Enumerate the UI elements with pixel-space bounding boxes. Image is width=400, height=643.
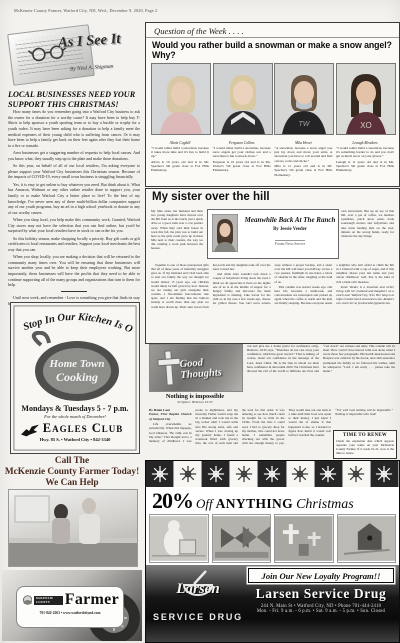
editorial-headline: LOCAL BUSINESSES NEED YOUR SUPPORT THIS … bbox=[8, 90, 140, 109]
thoughts-body-cols: By Helen Lam Pastor, First Baptist Churc… bbox=[149, 408, 331, 456]
farmer-logo-box: McKENZIE COUNTY Farmer 701-842-2263 • ww… bbox=[16, 586, 124, 628]
student-name: Mila Hovet bbox=[274, 141, 332, 145]
editorial-paragraph: Area businesses get a staggering number … bbox=[8, 150, 140, 161]
pan-text-line1: Home Town bbox=[49, 358, 105, 370]
promo-off: Off bbox=[196, 496, 213, 512]
thoughts-intro-cols: can and give me a dollar (extra for conf… bbox=[247, 344, 395, 396]
thoughts-headline: Nothing is impossible bbox=[149, 393, 241, 400]
farmer-brand-top: McKENZIE COUNTY bbox=[34, 596, 62, 605]
snowflake-icon bbox=[291, 465, 309, 483]
qotw-photo-row: Alivia Coghill “I would rather build a s… bbox=[146, 62, 399, 178]
newspaper-page: McKenzie County Farmer, Watford City, ND… bbox=[0, 0, 400, 643]
svg-text:TW: TW bbox=[299, 121, 311, 128]
snowflake-cell bbox=[146, 461, 174, 487]
student-quote: “I would rather build a snowman, because… bbox=[213, 146, 271, 159]
product-photo-row bbox=[146, 513, 399, 565]
student-photo bbox=[213, 63, 273, 135]
thoughts-scripture: Scripture: Hebrews 10:35 bbox=[149, 400, 241, 404]
snowflake-icon bbox=[179, 465, 197, 483]
larsen-text-block: Join Our New Loyalty Program!! Larsen Se… bbox=[248, 568, 394, 614]
qotw-entry: Alivia Coghill “I would rather build a s… bbox=[151, 63, 209, 177]
loyalty-program-box: Join Our New Loyalty Program!! bbox=[248, 568, 394, 583]
sister-author-bio: Jessie Veeder is a musician and writer l… bbox=[336, 285, 394, 306]
snowflake-icon bbox=[207, 465, 225, 483]
snowflake-icon bbox=[263, 465, 281, 483]
editorial-paragraph: When you shop local, you help make this … bbox=[8, 217, 140, 234]
qotw-title: Question of the Week . . . . bbox=[146, 23, 399, 38]
question-of-week-box: Question of the Week . . . . Would you r… bbox=[145, 22, 400, 187]
good-thoughts-photo: Good Thoughts bbox=[149, 344, 243, 392]
snowflake-cell bbox=[371, 461, 399, 487]
column-logo-title: As I See It bbox=[57, 31, 120, 52]
promo-percent: 20% bbox=[152, 488, 193, 514]
farmer-sun-icon bbox=[23, 594, 32, 606]
editorial-body: How many times do you remember going int… bbox=[8, 109, 140, 308]
christmas-product-photo bbox=[337, 514, 397, 563]
snowflake-icon bbox=[151, 465, 169, 483]
sister-body: Together is one of those unexpected gift… bbox=[151, 263, 394, 340]
student-bio: Lenagh is 11 years old and is in Ms. Spa… bbox=[336, 160, 394, 173]
snowflake-cell bbox=[202, 461, 230, 487]
christmas-product-photo bbox=[274, 514, 334, 563]
editorial-paragraph: So this holiday season, make shopping lo… bbox=[8, 236, 140, 253]
call-ad-line3: We Can Help bbox=[2, 478, 142, 489]
section-divider bbox=[61, 291, 87, 292]
thoughts-byline2: Pastor, First Baptist Church of Watford … bbox=[149, 412, 192, 421]
frying-pan-icon: Home Town Cooking bbox=[25, 331, 125, 403]
larsen-store-name: Larsen Service Drug bbox=[248, 586, 394, 602]
call-ad-line1: Call The bbox=[2, 456, 142, 467]
editorial-paragraph: So this year, on behalf of all of our lo… bbox=[8, 163, 140, 180]
snowflake-cell bbox=[315, 461, 343, 487]
christmas-product-photo bbox=[212, 514, 272, 563]
larsen-logo-block: Larsen SERVICE DRUG bbox=[152, 569, 244, 639]
good-thoughts-section: Good Thoughts can and give me a dollar (… bbox=[145, 344, 398, 458]
eagles-club-ad: Stop In Our Kitchen Is Open! Home Town C… bbox=[10, 302, 140, 454]
good-thoughts-script: Good Thoughts bbox=[179, 355, 242, 381]
farmer-contact: 701-842-2263 • www.watfordcitynd.com bbox=[17, 611, 123, 615]
sister-col-right: own snowstorm. But up on top of that hil… bbox=[341, 209, 394, 261]
editorial-paragraph: How many times do you remember going int… bbox=[8, 109, 140, 149]
eagles-club-address: Hwy. 85 S. • Watford City • 842-3340 bbox=[11, 437, 139, 442]
larsen-ad: 20% Off ANYTHING Christmas bbox=[145, 460, 400, 643]
student-photo bbox=[151, 63, 211, 135]
student-name: Alivia Coghill bbox=[151, 141, 209, 145]
renew-title: TIME TO RENEW bbox=[334, 431, 396, 438]
snowflake-icon bbox=[235, 465, 253, 483]
snowflake-cell bbox=[230, 461, 258, 487]
snowflake-icon bbox=[375, 465, 393, 483]
sister-article-box: My sister over the hill My little sister… bbox=[145, 188, 400, 344]
student-quote: “A snowman, because a snow angel you jus… bbox=[274, 146, 332, 163]
snowflake-cell bbox=[343, 461, 371, 487]
sister-news-service: Forum News Service bbox=[275, 240, 305, 246]
farmer-brand: Farmer bbox=[65, 591, 119, 609]
snowflake-cell bbox=[287, 461, 315, 487]
editorial-paragraph: When you shop locally, you are making a … bbox=[8, 254, 140, 288]
cross-icon bbox=[156, 349, 182, 387]
student-bio: Mila is 11 years old and is in Mr. Spach… bbox=[274, 164, 332, 177]
snowflake-icon bbox=[347, 465, 365, 483]
author-photo bbox=[212, 214, 238, 252]
student-quote: “I would rather build a snowman, because… bbox=[336, 146, 394, 159]
eagles-note: For the whole month of December! bbox=[11, 414, 139, 419]
kitchen-scene-drawing bbox=[9, 490, 137, 566]
snowflake-icon bbox=[319, 465, 337, 483]
student-photo: TW bbox=[274, 63, 334, 135]
qotw-entry: TW Mila Hovet “A snowman, because a snow… bbox=[274, 63, 332, 177]
snowflake-cell bbox=[258, 461, 286, 487]
pan-text-line2: Cooking bbox=[56, 370, 98, 384]
student-name: Lenagh Meadors bbox=[336, 141, 394, 145]
snowflake-cell bbox=[174, 461, 202, 487]
snowflake-border bbox=[146, 461, 399, 487]
sister-headline: My sister over the hill bbox=[146, 189, 399, 204]
renew-body: Check the expiration date which appears … bbox=[334, 438, 396, 458]
thoughts-headline-block: Nothing is impossible Scripture: Hebrews… bbox=[149, 393, 241, 404]
qotw-question: Would you rather build a snowman or make… bbox=[146, 38, 399, 62]
student-name: Ferguson Collins bbox=[213, 141, 271, 145]
mortar-pestle-icon bbox=[180, 569, 216, 603]
larsen-hours: Mon. - Fri. 9 a.m. - 6 p.m. • Sat. 9 a.m… bbox=[248, 609, 394, 614]
christmas-product-photo bbox=[149, 514, 209, 563]
sister-column-title: Meanwhile Back At The Ranch bbox=[242, 216, 338, 224]
eagles-schedule: Mondays & Tuesdays 5 - 7 p.m. bbox=[11, 404, 139, 413]
svg-text:XO: XO bbox=[360, 121, 372, 130]
masthead-line: McKenzie County Farmer, Watford City, ND… bbox=[14, 8, 274, 13]
sister-col-left: My little sister, her husband and their … bbox=[151, 209, 203, 261]
qotw-entry: XO Lenagh Meadors “I would rather build … bbox=[336, 63, 394, 177]
student-quote: “I would rather build a snowman, because… bbox=[151, 146, 209, 159]
student-bio: Alivia is 10 years old and is in Mr. Spa… bbox=[151, 160, 209, 173]
promo-anything: ANYTHING bbox=[216, 496, 293, 512]
call-farmer-ad: Call The McKenzie County Farmer Today! W… bbox=[2, 456, 142, 568]
time-to-renew-box: TIME TO RENEW Check the expiration date … bbox=[333, 430, 397, 459]
qotw-entry: Ferguson Collins “I would rather build a… bbox=[213, 63, 271, 177]
eagles-club-name: Eagles Club bbox=[33, 421, 133, 436]
larsen-footer: Larsen SERVICE DRUG Join Our New Loyalty… bbox=[146, 565, 399, 642]
student-bio: Ferguson is 10 years old and is in Ms. W… bbox=[213, 160, 271, 173]
student-photo: XO bbox=[336, 63, 396, 135]
as-i-see-it-graphic: As I See It By Neal A. Shipman bbox=[8, 21, 140, 87]
promo-banner: 20% Off ANYTHING Christmas bbox=[146, 487, 399, 513]
larsen-logo-caps: SERVICE DRUG bbox=[152, 612, 244, 622]
kitchen-photo bbox=[8, 489, 138, 567]
promo-christmas: Christmas bbox=[296, 497, 354, 513]
farmer-bottom-ad: McKENZIE COUNTY Farmer 701-842-2263 • ww… bbox=[2, 570, 142, 641]
editorial-paragraph: Yes, it is easy to get online to buy wha… bbox=[8, 182, 140, 216]
thoughts-tail: “For with God nothing will be impossible… bbox=[335, 408, 393, 426]
call-ad-line2: McKenzie County Farmer Today! bbox=[2, 467, 142, 478]
sister-author-box: Meanwhile Back At The Ranch By Jessie Ve… bbox=[207, 209, 339, 259]
